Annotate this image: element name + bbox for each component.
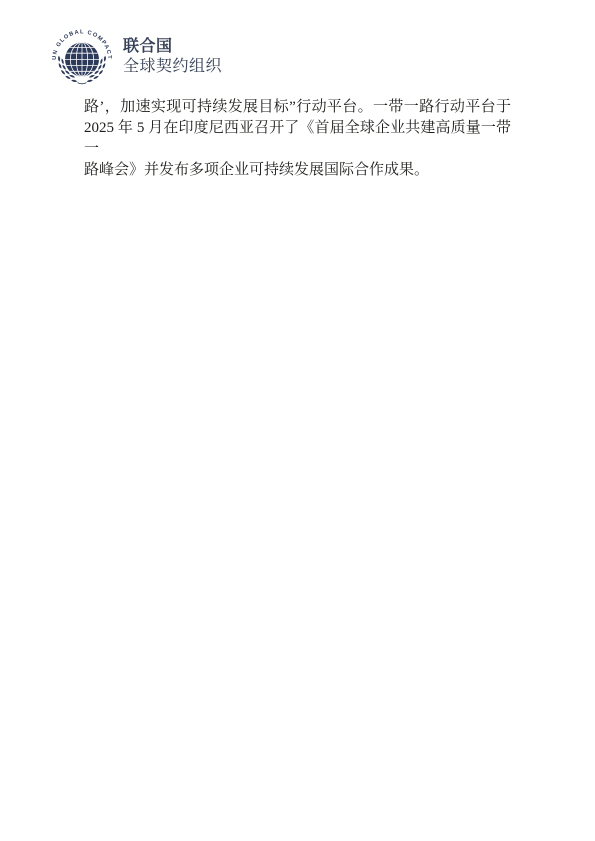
body-paragraph: 路’，加速实现可持续发展目标”行动平台。一带一路行动平台于 2025 年 5 月… <box>84 97 511 181</box>
document-page: UN GLOBAL COMPACT <box>0 0 595 841</box>
un-global-compact-logo-icon: UN GLOBAL COMPACT <box>48 24 116 88</box>
logo-wordmark: 联合国 全球契约组织 <box>123 37 222 77</box>
paragraph-line: 2025 年 5 月在印度尼西亚召开了《首届全球企业共建高质量一带一 <box>84 118 511 160</box>
logo-org-name-line1: 联合国 <box>123 37 222 57</box>
logo-org-name-line2: 全球契约组织 <box>123 57 222 77</box>
paragraph-line: 路’，加速实现可持续发展目标”行动平台。一带一路行动平台于 <box>84 97 511 118</box>
paragraph-line: 路峰会》并发布多项企业可持续发展国际合作成果。 <box>84 160 511 181</box>
ungc-logo: UN GLOBAL COMPACT <box>48 24 222 88</box>
